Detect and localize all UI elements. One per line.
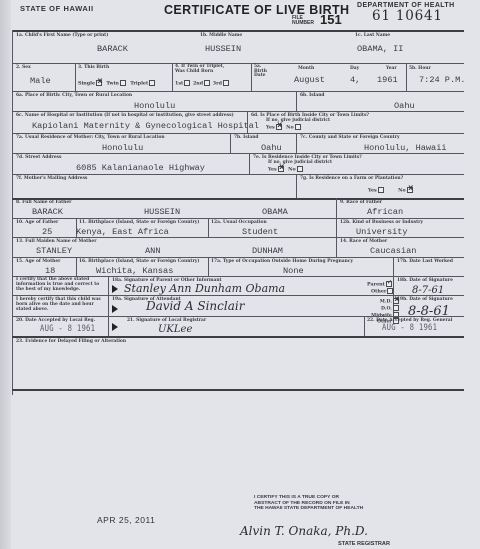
issue-date: APR 25, 2011 [97,515,155,525]
year-label: Year [386,66,397,71]
divider [336,218,337,237]
certify-line-3: THE HAWAII STATE DEPARTMENT OF HEALTH [254,506,363,512]
no-checkbox [407,187,413,193]
twin-order-options: 1st 2nd 3rd [175,80,230,87]
parent-checkbox [386,281,392,287]
divider [12,316,464,317]
bottom-border [12,389,464,391]
md-label: M.D. [380,300,392,305]
birth-certificate-page: STATE OF HAWAII CERTIFICATE OF LIVE BIRT… [0,0,480,549]
hospital-label: 6c. Name of Hospital or Institution (If … [16,113,234,118]
hospital-name: Kapiolani Maternity & Gynecological Hosp… [32,121,259,131]
street-label: 7d. Street Address [16,155,61,160]
yes-checkbox [276,124,282,130]
mother-last-name: DUNHAM [252,246,283,256]
informant-date-label: 18b. Date of Signature [397,278,453,283]
divider [247,111,248,133]
divider [12,237,464,238]
divider [12,336,464,338]
divider [296,91,297,111]
father-birthplace-label: 11. Birthplace (Island, State or Foreign… [79,220,199,225]
local-registrar-label: 21. Signature of Local Registrar [127,318,206,323]
divider [249,153,250,174]
child-first-name: BARACK [97,44,128,54]
no-label: No [398,188,406,194]
birth-city-label: 6a. Place of Birth: City, Town or Rural … [16,93,132,98]
day-label: Day [350,66,359,71]
farm-label: 7g. Is Residence on a Farm or Plantation… [300,176,403,181]
divider [108,276,109,336]
mother-age: 18 [45,266,55,276]
divider [296,133,297,153]
do-label: D.O. [381,306,392,311]
local-date-label: 20. Date Accepted by Local Reg. [16,318,95,323]
mother-name-label: 13. Full Maiden Name of Mother [16,239,97,244]
divider [393,257,394,276]
birth-date-label: 5a. Birth Date [254,65,270,79]
no-label: No [288,167,296,173]
father-occupation-label: 12a. Usual Occupation [211,220,267,225]
mother-race-label: 14. Race of Mother [340,239,387,244]
street-address: 6085 Kalanianaole Highway [76,163,205,173]
twin-order-label: 4. If Twin or Triplet, Was Child Born [175,65,225,74]
arrow-icon [112,323,118,331]
file-number: 151 [320,12,342,27]
month-label: Month [298,66,314,71]
mother-first-name: STANLEY [36,246,72,256]
divider [208,257,209,276]
mother-birthplace-label: 16. Birthplace (Island, State or Foreign… [79,259,199,264]
father-business-label: 12b. Kind of Business or Industry [340,220,423,225]
divider [208,218,209,237]
middle-name-label: 1b. Middle Name [200,33,242,38]
state-registrar-title: STATE REGISTRAR [338,541,390,547]
residence-county-label: 7c. County and State or Foreign Country [300,135,400,140]
birth-city: Honolulu [134,101,175,111]
certification-text: I CERTIFY THIS IS A TRUE COPY OR ABSTRAC… [254,495,363,512]
mother-occupation-label: 17a. Type of Occupation Outside Home Dur… [211,259,353,264]
divider [12,174,464,175]
yes-label: Yes [368,188,377,194]
triplet-checkbox [149,80,155,86]
divider [12,133,464,134]
farm-options: Yes No [368,187,414,194]
divider [364,316,365,336]
mother-birthplace: Wichita, Kansas [96,266,173,276]
no-checkbox [295,124,301,130]
birth-month: August [294,75,325,85]
divider [12,198,464,200]
parent-label: Parent [367,282,385,288]
plurality-options: Single Twin Triplet [78,80,156,87]
father-business: University [356,227,408,237]
birth-island-label: 6b. Island [300,93,324,98]
divider [172,63,173,91]
divider [12,257,464,258]
residence-island-label: 7b. Island [234,135,258,140]
hour-label: 5b. Hour [409,66,431,71]
arrow-icon [112,305,118,313]
general-date-stamp: AUG - 8 1961 [382,323,437,333]
divider [230,133,231,153]
sex-label: 2. Sex [16,65,31,70]
birth-inside-city-options: Yes No [266,124,302,131]
informant-signature: Stanley Ann Dunham Obama [124,282,285,295]
state-label: STATE OF HAWAII [20,4,94,13]
no-checkbox [297,166,303,172]
twin-checkbox [120,80,126,86]
divider [12,218,464,219]
mother-race: Caucasian [370,246,416,256]
birth-hour: 7:24 P.M. [419,75,465,85]
evidence-label: 23. Evidence for Delayed Filing or Alter… [16,339,126,344]
divider [406,63,407,91]
child-middle-name: HUSSEIN [205,44,241,54]
yes-label: Yes [268,167,277,173]
father-age-label: 10. Age of Father [16,220,58,225]
birth-day: 4, [350,75,360,85]
state-registrar-signature: Alvin T. Onaka, Ph.D. [240,524,368,538]
residence-city: Honolulu [102,143,143,153]
yes-label: Yes [266,125,275,131]
top-border [12,30,464,32]
mother-middle-name: ANN [145,246,160,256]
divider [336,237,337,257]
certificate-form: 1a. Child's First Name (Type or print) B… [12,30,464,395]
mother-occupation: None [283,266,304,276]
father-name-label: 8. Full Name of Father [16,200,71,205]
divider [76,257,77,276]
residence-inside-city-options: Yes No [268,166,304,173]
third-checkbox [223,80,229,86]
first-label: 1st [175,81,183,87]
left-border [12,30,13,395]
first-checkbox [184,80,190,86]
attendant-date-label: 19b. Date of Signature [397,297,453,302]
divider [251,63,252,91]
residence-island: Oahu [261,143,282,153]
divider [296,174,297,198]
file-label-2: NUMBER [292,20,314,26]
last-worked-label: 17b. Date Last Worked [397,259,453,264]
do-checkbox [393,305,399,311]
this-birth-label: 3. This Birth [78,65,109,70]
father-last-name: OBAMA [262,207,288,217]
local-date-stamp: AUG - 8 1961 [40,324,95,334]
single-label: Single [78,81,95,87]
birth-judicial-label: If no, give judicial district [266,118,330,123]
yes-checkbox [278,166,284,172]
informant-certify-text: I certify that the above stated informat… [16,278,106,292]
divider [12,91,464,92]
birth-island: Oahu [394,101,415,111]
second-label: 2nd [193,81,203,87]
divider [12,153,464,154]
father-birthplace: Kenya, East Africa [76,227,169,237]
scan-edge [0,0,11,549]
single-checkbox [96,80,102,86]
divider [12,111,464,112]
birth-year: 1961 [377,75,398,85]
residence-judicial-label: If no, give judicial district [268,160,332,165]
residence-city-label: 7a. Usual Residence of Mother: City, Tow… [16,135,165,140]
triplet-label: Triplet [130,81,148,87]
certificate-number: 61 10641 [372,8,443,24]
mother-age-label: 15. Age of Mother [16,259,60,264]
second-checkbox [204,80,210,86]
last-name-label: 1c. Last Name [355,33,390,38]
twin-label: Twin [106,81,118,87]
father-race-label: 9. Race of Father [340,200,382,205]
father-race: African [367,207,403,217]
informant-other-option: Other [371,288,394,295]
no-label: No [286,125,294,131]
local-registrar-signature: UKLee [158,324,192,335]
father-occupation: Student [242,227,278,237]
third-label: 3rd [213,81,222,87]
divider [336,198,337,218]
file-number-label: FILENUMBER [292,16,314,26]
divider [75,63,76,91]
informant-parent-option: Parent [367,281,393,288]
yes-checkbox [378,187,384,193]
attendant-certify-text: I hereby certify that this child was bor… [16,298,106,312]
divider [12,63,464,64]
attendant-signature: David A Sinclair [146,299,244,313]
first-name-label: 1a. Child's First Name (Type or print) [16,33,108,38]
residence-county: Honolulu, Hawaii [364,143,447,153]
other-label: Other [371,289,386,295]
arrow-icon [112,285,118,293]
child-last-name: OBAMA, II [357,44,403,54]
child-sex: Male [30,76,51,86]
father-first-name: BARACK [32,207,63,217]
father-middle-name: HUSSEIN [144,207,180,217]
mailing-address-label: 7f. Mother's Mailing Address [16,176,87,181]
father-age: 25 [42,227,52,237]
